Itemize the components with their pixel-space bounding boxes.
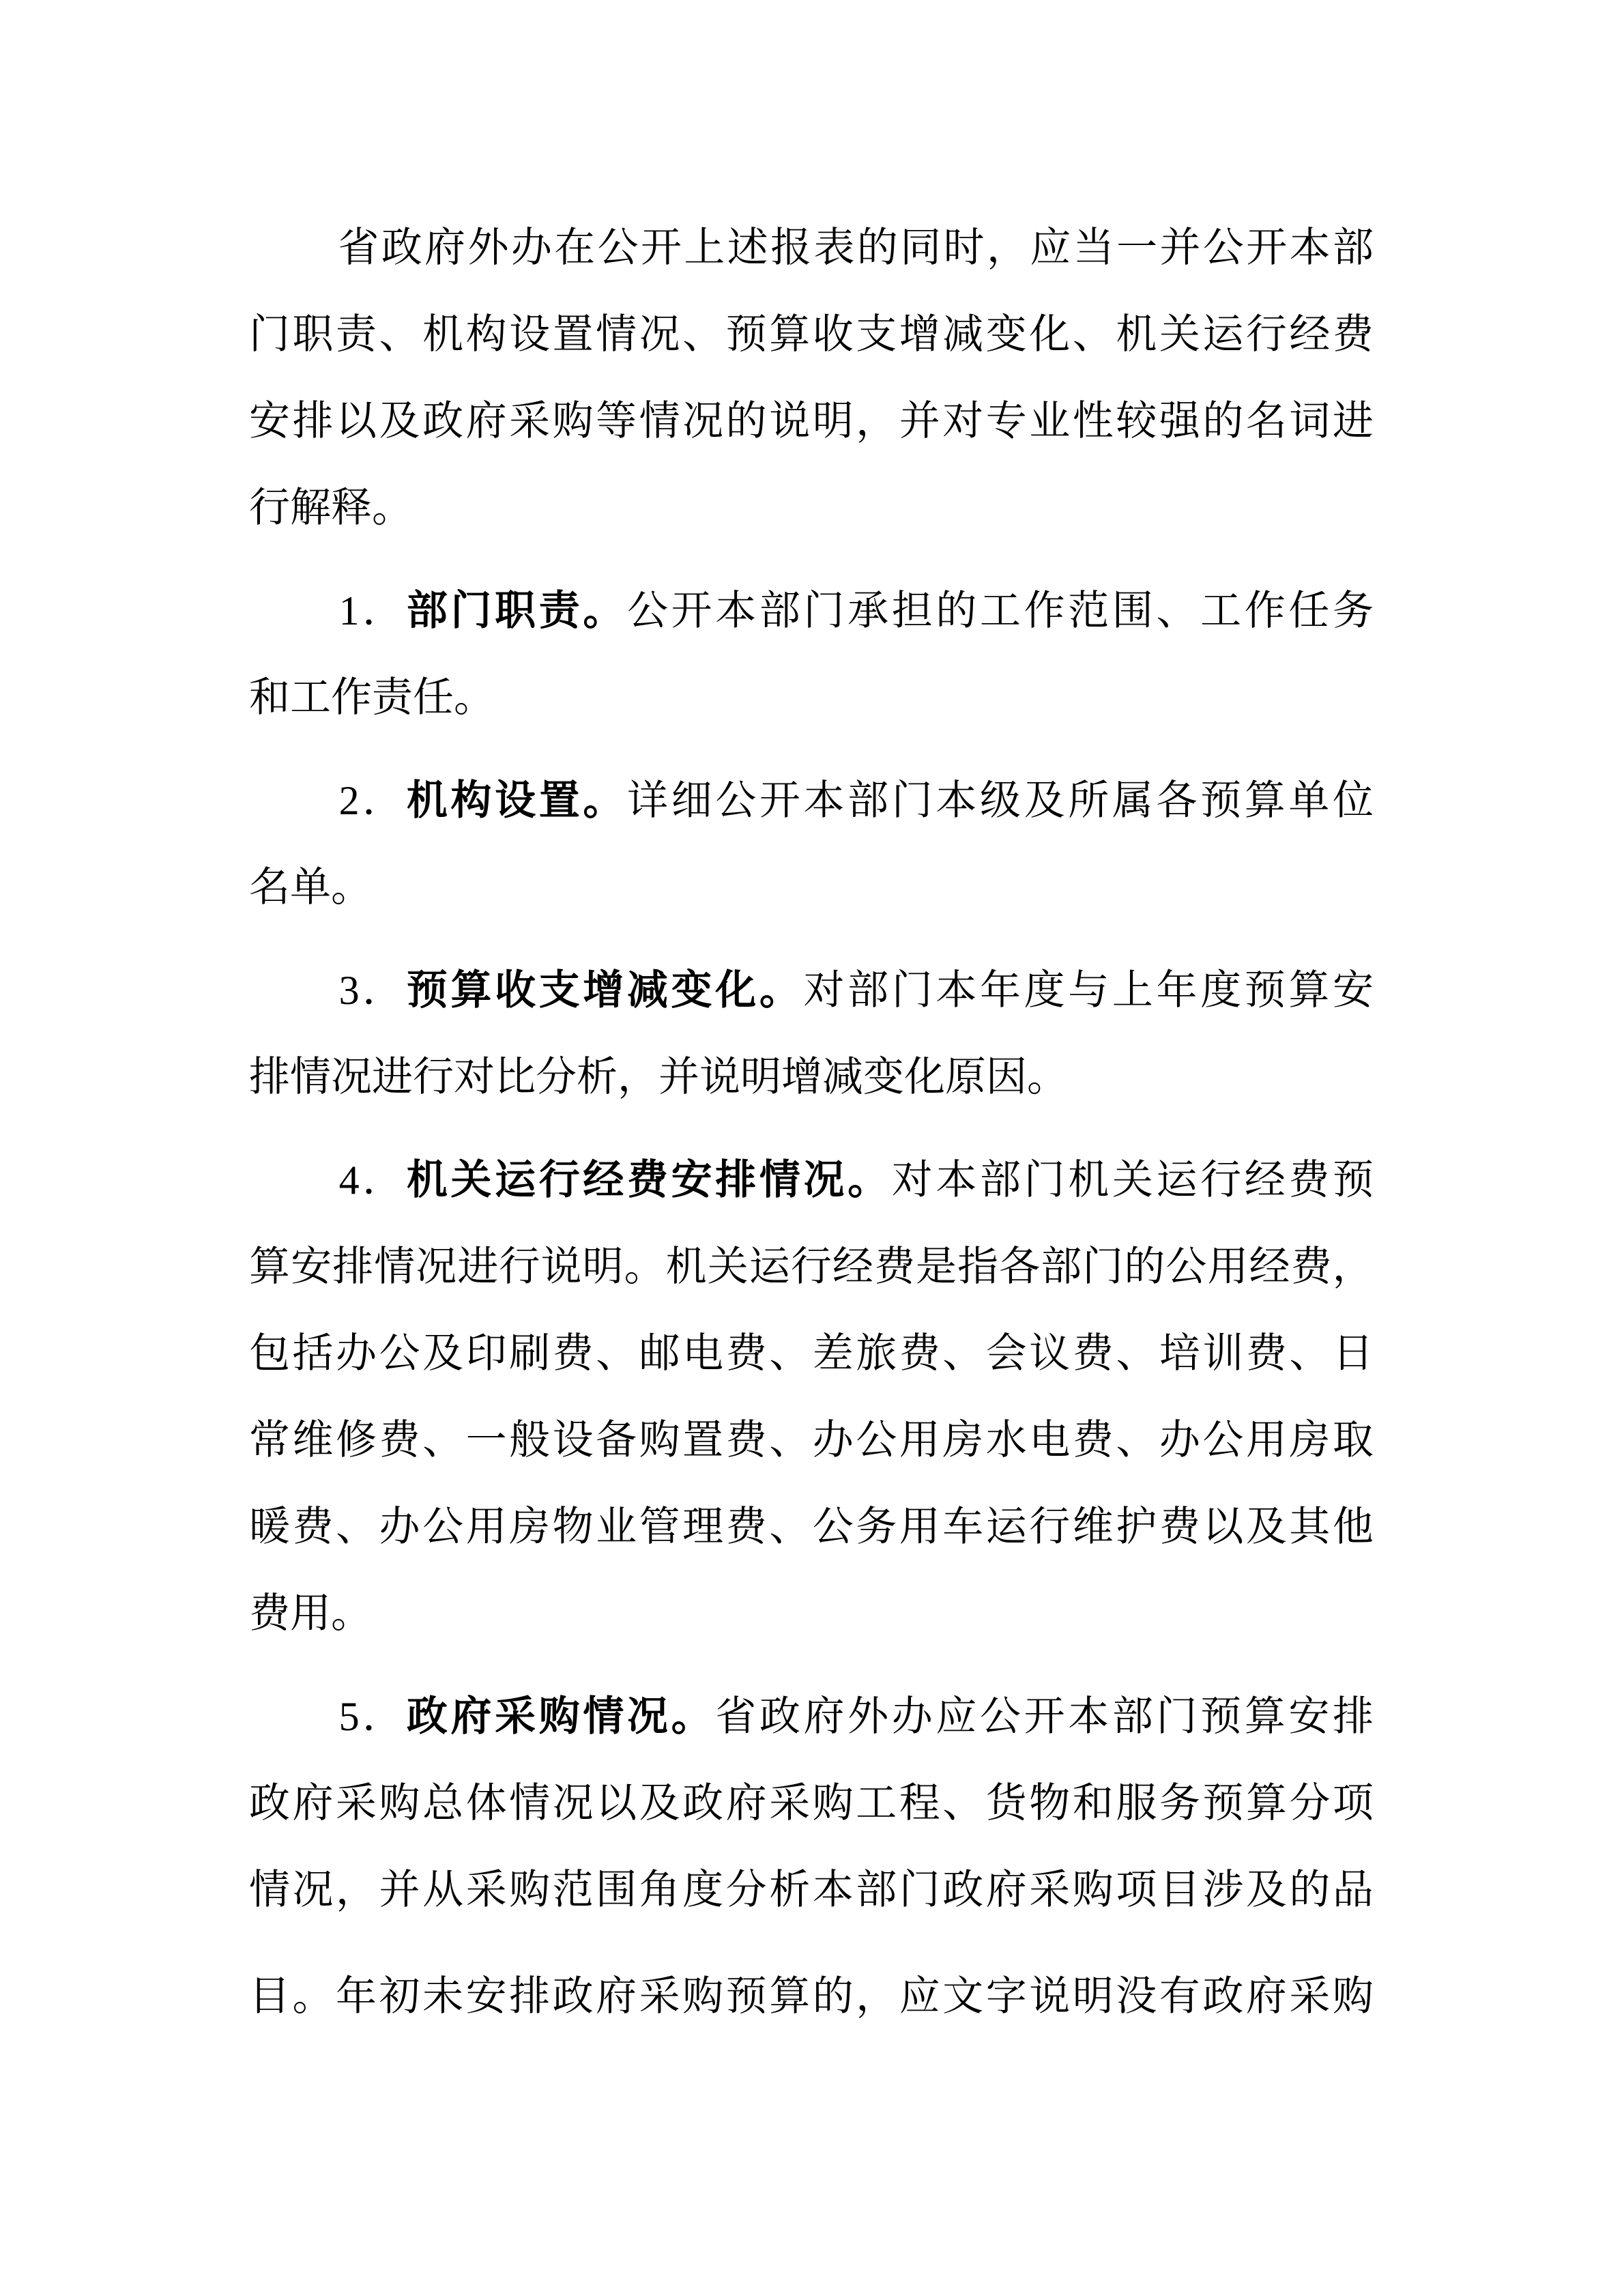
body-text-char: 增 — [899, 291, 940, 378]
text-line: 常维修费、一般设备购置费、办公用房水电费、办公用房取 — [249, 1397, 1374, 1484]
item-number-char: ． — [362, 568, 403, 655]
item-number-char: 2 — [339, 758, 360, 844]
body-text-char: 体 — [466, 1760, 507, 1847]
body-text-char: 详 — [627, 758, 668, 844]
body-text-char: 车 — [942, 1484, 983, 1570]
body-text-char: 的 — [1289, 1847, 1330, 1934]
body-text-char: 用 — [290, 1570, 331, 1657]
body-text-char: 经 — [1249, 1224, 1290, 1310]
body-text-char: 费 — [293, 1484, 334, 1570]
body-text-char: 的 — [1124, 1224, 1165, 1310]
body-text-char: 作 — [1024, 568, 1065, 655]
body-text-char: 经 — [1289, 291, 1330, 378]
body-text-char: 般 — [509, 1397, 550, 1484]
paragraph-item-4: 4．机关运行经费安排情况。对本部门机关运行经费预算安排情况进行说明。机关运行经费… — [249, 1137, 1374, 1657]
body-text-char: 时 — [944, 205, 985, 291]
body-text-char: 分 — [536, 1034, 577, 1121]
section-heading-char: 机 — [407, 758, 448, 844]
body-text-char: 部 — [1333, 205, 1374, 291]
body-text-char: 电 — [682, 1310, 723, 1397]
body-text-char: 政 — [759, 1674, 800, 1760]
body-text-char: 位 — [1333, 758, 1374, 844]
body-text-char: 并 — [658, 1034, 699, 1121]
body-text-char: 费 — [379, 1397, 420, 1484]
body-text-char: 维 — [1073, 1484, 1114, 1570]
body-text-char: 级 — [980, 758, 1021, 844]
body-text-char: 围 — [1112, 568, 1153, 655]
body-text-char: 府 — [986, 1847, 1027, 1934]
body-text-char: 刷 — [509, 1310, 550, 1397]
body-text-char: 排 — [509, 1953, 550, 2040]
body-text-char: 任 — [1288, 568, 1329, 655]
body-text-char: 况 — [331, 1034, 372, 1121]
text-line: 安排以及政府采购等情况的说明，并对专业性较强的名词进 — [249, 378, 1374, 465]
section-heading-char: 政 — [407, 1674, 448, 1760]
body-text-char: 本 — [813, 1847, 854, 1934]
body-text-char: 强 — [1159, 378, 1200, 465]
body-text-char: 在 — [554, 205, 595, 291]
body-text-char: 开 — [671, 568, 712, 655]
body-text-char: 预 — [726, 1953, 767, 2040]
body-text-char: 排 — [293, 378, 334, 465]
body-text-char: 以 — [596, 1760, 637, 1847]
body-text-char: 公 — [598, 205, 639, 291]
body-text-char: 门 — [1024, 1137, 1065, 1224]
body-text-char: 应 — [1030, 205, 1071, 291]
body-text-char: 。 — [1027, 1034, 1068, 1121]
body-text-char: 并 — [379, 1847, 420, 1934]
body-text-char: 况 — [682, 378, 723, 465]
body-text-char: 维 — [293, 1397, 334, 1484]
section-heading-char: 化 — [715, 947, 756, 1034]
body-text-char: 解 — [290, 465, 331, 551]
body-text-char: 门 — [1082, 1224, 1123, 1310]
body-text-char: 费 — [874, 1224, 915, 1310]
body-text-char: 开 — [1024, 1674, 1065, 1760]
body-text-char: 部 — [1112, 1674, 1153, 1760]
body-text-char: 邮 — [639, 1310, 680, 1397]
text-line: 4．机关运行经费安排情况。对本部门机关运行经费预 — [249, 1137, 1374, 1224]
body-text-char: 设 — [553, 1397, 594, 1484]
body-text-char: 原 — [945, 1034, 986, 1121]
body-text-char: 变 — [986, 291, 1027, 378]
body-text-char: 安 — [1288, 1674, 1329, 1760]
body-text-char: 安 — [249, 378, 290, 465]
body-text-char: 围 — [596, 1847, 637, 1934]
body-text-char: 、 — [1289, 1310, 1330, 1397]
section-heading-char: 算 — [451, 947, 492, 1034]
body-text-char: 办 — [511, 205, 552, 291]
body-text-char: 业 — [1029, 378, 1070, 465]
body-text-char: 服 — [1116, 1760, 1157, 1847]
body-text-char: 的 — [936, 568, 976, 655]
text-line: 目。年初未安排政府采购预算的，应文字说明没有政府采购 — [249, 1953, 1374, 2040]
body-text-char: 情 — [249, 1847, 290, 1934]
body-text-char: 情 — [596, 291, 637, 378]
body-text-char: 较 — [1116, 378, 1157, 465]
body-text-char: 物 — [553, 1484, 594, 1570]
body-text-char: 印 — [466, 1310, 507, 1397]
body-text-char: 置 — [553, 291, 594, 378]
section-heading-char: 情 — [583, 1674, 624, 1760]
body-text-char: 经 — [1245, 1137, 1286, 1224]
body-text-char: 本 — [715, 568, 756, 655]
body-text-char: 政 — [381, 205, 422, 291]
body-text-char: 置 — [682, 1397, 723, 1484]
body-text-char: 公 — [1202, 1397, 1243, 1484]
text-line: 名单。 — [249, 844, 1374, 931]
body-text-char: 及 — [1246, 1847, 1287, 1934]
body-text-char: 明 — [740, 1034, 781, 1121]
body-text-char: 备 — [596, 1397, 637, 1484]
body-text-char: 费 — [726, 1397, 767, 1484]
body-text-char: 采 — [466, 1847, 507, 1934]
body-text-char: 说 — [540, 1224, 581, 1310]
body-text-char: 购 — [1333, 1953, 1374, 2040]
body-text-char: 化 — [904, 1034, 945, 1121]
document-page: 省政府外办在公开上述报表的同时，应当一并公开本部门职责、机构设置情况、预算收支增… — [0, 0, 1624, 2296]
body-text-char: 、 — [769, 1310, 810, 1397]
body-text-char: 日 — [1333, 1310, 1374, 1397]
text-line: 排情况进行对比分析，并说明增减变化原因。 — [249, 1034, 1374, 1121]
text-line: 3．预算收支增减变化。对部门本年度与上年度预算安 — [249, 947, 1374, 1034]
body-text-char: 办 — [379, 1484, 420, 1570]
body-text-char: 工 — [290, 655, 331, 741]
body-text-char: 减 — [822, 1034, 863, 1121]
body-text-char: 性 — [1073, 378, 1114, 465]
section-heading-char: 变 — [671, 947, 712, 1034]
body-text-char: 常 — [249, 1397, 290, 1484]
body-text-char: ， — [987, 205, 1028, 291]
body-text-char: 水 — [986, 1397, 1027, 1484]
body-text-char: 本 — [936, 1137, 976, 1224]
section-heading-char: 。 — [583, 758, 624, 844]
body-text-char: 况 — [416, 1224, 456, 1310]
body-text-char: 的 — [1202, 378, 1243, 465]
body-text-char: 房 — [1289, 1397, 1330, 1484]
body-text-char: 单 — [1288, 758, 1329, 844]
body-text-char: 购 — [813, 1760, 854, 1847]
text-line: 5．政府采购情况。省政府外办应公开本部门预算安排 — [249, 1674, 1374, 1760]
body-text-char: 差 — [813, 1310, 854, 1397]
body-text-char: 目 — [1159, 1847, 1200, 1934]
body-text-char: 费 — [726, 1484, 767, 1570]
body-text-char: 名 — [1246, 378, 1287, 465]
body-text-char: 务 — [1159, 1760, 1200, 1847]
body-text-char: 明 — [813, 378, 854, 465]
body-text-char: 政 — [1202, 1953, 1243, 2040]
first-line-indent — [249, 1003, 336, 1004]
body-text-char: 外 — [468, 205, 509, 291]
body-text-char: 报 — [770, 205, 811, 291]
body-text-char: 况 — [553, 1760, 594, 1847]
section-heading-char: 部 — [407, 568, 448, 655]
body-text-char: 并 — [899, 378, 940, 465]
body-text-char: 费 — [1073, 1397, 1114, 1484]
body-text-char: 本 — [1068, 1674, 1109, 1760]
body-text-char: 公 — [980, 1674, 1021, 1760]
body-text-char: 务 — [856, 1484, 897, 1570]
body-text-char: 办 — [1159, 1397, 1200, 1484]
body-text-char: 部 — [759, 568, 800, 655]
body-text-char: 用 — [466, 1484, 507, 1570]
body-text-char: 因 — [986, 1034, 1027, 1121]
body-text-char: ， — [618, 1034, 658, 1121]
body-text-char: 机 — [422, 291, 463, 378]
body-text-char: 开 — [759, 758, 800, 844]
section-heading-char: 置 — [539, 758, 580, 844]
body-text-char: 的 — [857, 205, 898, 291]
body-text-char: 排 — [1333, 1674, 1374, 1760]
body-text-char: 运 — [1157, 1137, 1198, 1224]
body-text-char: 上 — [684, 205, 725, 291]
body-text-char: 培 — [1159, 1310, 1200, 1397]
body-text-char: 各 — [999, 1224, 1040, 1310]
body-text-char: 采 — [1029, 1847, 1070, 1934]
body-text-char: 购 — [639, 1397, 680, 1484]
body-text-char: 行 — [1029, 1484, 1070, 1570]
body-text-char: 分 — [726, 1847, 767, 1934]
body-text-char: 务 — [1333, 568, 1374, 655]
item-number-char: 5 — [339, 1674, 360, 1760]
body-text-char: 府 — [596, 1953, 637, 2040]
body-text-char: 办 — [813, 1397, 854, 1484]
body-text-char: 对 — [892, 1137, 933, 1224]
body-text-char: 、 — [1157, 568, 1198, 655]
body-text-char: 购 — [553, 378, 594, 465]
body-text-char: 析 — [577, 1034, 618, 1121]
body-text-char: 预 — [1202, 1760, 1243, 1847]
body-text-char: 府 — [804, 1674, 845, 1760]
body-text-char: 明 — [1073, 1953, 1114, 2040]
body-text-char: 年 — [1157, 947, 1198, 1034]
body-text-char: 安 — [1333, 947, 1374, 1034]
body-text-char: 预 — [726, 291, 767, 378]
body-text-char: 排 — [249, 1034, 290, 1121]
body-text-char: 目 — [249, 1953, 290, 2040]
body-text-char: 费 — [1073, 1310, 1114, 1397]
body-text-char: 修 — [336, 1397, 377, 1484]
body-text-char: 、 — [1073, 291, 1114, 378]
body-text-char: ， — [1333, 1224, 1374, 1310]
body-text-char: 费 — [553, 1310, 594, 1397]
body-text-char: 政 — [553, 1953, 594, 2040]
body-text-char: 述 — [727, 205, 768, 291]
body-text-char: 经 — [832, 1224, 873, 1310]
body-text-char: 部 — [856, 1847, 897, 1934]
body-text-char: 关 — [1112, 1137, 1153, 1224]
body-text-char: 增 — [781, 1034, 822, 1121]
text-line: 行解释。 — [249, 465, 1374, 551]
body-text-char: 费 — [1246, 1310, 1287, 1397]
body-text-char: 行 — [1200, 1137, 1241, 1224]
body-text-char: 及 — [379, 378, 420, 465]
body-text-char: 当 — [1073, 205, 1114, 291]
body-text-char: 公 — [1203, 205, 1244, 291]
body-text-char: 门 — [892, 947, 933, 1034]
body-text-char: 货 — [986, 1760, 1027, 1847]
item-number-char: 3 — [339, 947, 360, 1034]
body-text-char: 以 — [1202, 1484, 1243, 1570]
body-text-char: 表 — [814, 205, 855, 291]
body-text-char: 对 — [942, 378, 983, 465]
body-text-char: 部 — [1041, 1224, 1082, 1310]
body-text-char: 、 — [769, 1397, 810, 1484]
body-text-char: 算 — [1245, 1674, 1286, 1760]
body-text-char: 况 — [293, 1847, 334, 1934]
first-line-indent — [249, 1730, 336, 1730]
body-text-char: 公 — [1165, 1224, 1206, 1310]
body-text-char: 行 — [791, 1224, 832, 1310]
body-text-char: 情 — [639, 378, 680, 465]
body-text-char: 年 — [336, 1953, 377, 2040]
body-text-char: 用 — [899, 1397, 940, 1484]
text-line: 门职责、机构设置情况、预算收支增减变化、机关运行经费 — [249, 291, 1374, 378]
text-line: 费用。 — [249, 1570, 1374, 1657]
body-text-char: 门 — [892, 758, 933, 844]
body-text-char: 府 — [424, 205, 465, 291]
body-text-char: 指 — [957, 1224, 998, 1310]
body-text-char: 费 — [249, 1570, 290, 1657]
body-text-char: 旅 — [856, 1310, 897, 1397]
body-text-char: 机 — [1068, 1137, 1109, 1224]
body-text-char: 、 — [422, 1397, 463, 1484]
body-text-char: 项 — [1116, 1847, 1157, 1934]
body-text-char: 公 — [379, 1310, 420, 1397]
body-text-char: 购 — [1073, 1847, 1114, 1934]
body-text-char: 文 — [942, 1953, 983, 2040]
section-heading-char: 。 — [847, 1137, 888, 1224]
body-text-char: 角 — [639, 1847, 680, 1934]
body-text-char: 析 — [769, 1847, 810, 1934]
first-line-indent — [249, 261, 336, 261]
section-heading-char: 排 — [715, 1137, 756, 1224]
section-heading-char: 构 — [451, 758, 492, 844]
body-text-char: 度 — [1200, 947, 1241, 1034]
body-text-char: 情 — [290, 1034, 331, 1121]
body-text-char: 算 — [249, 1224, 290, 1310]
body-text-char: 一 — [466, 1397, 507, 1484]
body-text-char: 关 — [1159, 291, 1200, 378]
body-text-char: 属 — [1112, 758, 1153, 844]
body-text-char: 一 — [1116, 205, 1157, 291]
body-text-char: 排 — [332, 1224, 373, 1310]
body-text-char: 上 — [1112, 947, 1153, 1034]
body-text-char: 采 — [1289, 1953, 1330, 2040]
body-text-char: 各 — [1157, 758, 1198, 844]
body-text-char: 安 — [291, 1224, 332, 1310]
first-line-indent — [249, 814, 336, 814]
body-text-char: 开 — [641, 205, 682, 291]
body-text-char: 品 — [1333, 1847, 1374, 1934]
body-text-char: 情 — [374, 1224, 415, 1310]
body-text-char: 政 — [422, 378, 463, 465]
body-text-char: 专 — [986, 378, 1027, 465]
section-heading-char: 设 — [495, 758, 536, 844]
body-text-char: 职 — [293, 291, 334, 378]
body-text-char: 理 — [682, 1484, 723, 1570]
body-text-char: 府 — [466, 378, 507, 465]
section-heading-char: 机 — [407, 1137, 448, 1224]
body-text-char: 任 — [413, 655, 454, 741]
first-line-indent — [249, 1193, 336, 1194]
body-text-char: 进 — [372, 1034, 413, 1121]
section-heading-char: 。 — [671, 1674, 712, 1760]
body-text-char: 运 — [749, 1224, 790, 1310]
body-text-char: 进 — [1333, 378, 1374, 465]
section-heading-char: 费 — [627, 1137, 668, 1224]
body-text-char: ， — [336, 1847, 377, 1934]
item-number-char: 4 — [339, 1137, 360, 1224]
section-heading-char: 情 — [759, 1137, 800, 1224]
body-text-char: 初 — [379, 1953, 420, 2040]
body-text-char: 的 — [726, 378, 767, 465]
body-text-char: 取 — [1333, 1397, 1374, 1484]
body-text-char: 用 — [1207, 1224, 1248, 1310]
body-text-char: 本 — [936, 758, 976, 844]
body-text-char: 政 — [942, 1847, 983, 1934]
body-text-char: 比 — [495, 1034, 536, 1121]
section-heading-char: 预 — [407, 947, 448, 1034]
body-text-char: 省 — [715, 1674, 756, 1760]
body-text-char: 设 — [509, 291, 550, 378]
body-text-char: 、 — [336, 1484, 377, 1570]
body-text-char: 用 — [1246, 1397, 1287, 1484]
text-line: 包括办公及印刷费、邮电费、差旅费、会议费、培训费、日 — [249, 1310, 1374, 1397]
body-text-char: 算 — [769, 291, 810, 378]
paragraph-item-3: 3．预算收支增减变化。对部门本年度与上年度预算安排情况进行对比分析，并说明增减变… — [249, 947, 1374, 1121]
body-text-char: 算 — [1288, 947, 1329, 1034]
body-text-char: 预 — [1200, 758, 1241, 844]
body-text-char: 减 — [942, 291, 983, 378]
section-heading-char: 关 — [451, 1137, 492, 1224]
body-text-char: 采 — [769, 1760, 810, 1847]
body-text-char: 公 — [856, 1397, 897, 1484]
item-number-char: ． — [362, 1674, 403, 1760]
section-heading-char: 购 — [539, 1674, 580, 1760]
body-text-char: 责 — [336, 291, 377, 378]
body-text-char: 、 — [596, 1310, 637, 1397]
body-text-char: 机 — [1116, 291, 1157, 378]
body-text-char: 细 — [671, 758, 712, 844]
body-text-char: 名 — [249, 844, 290, 931]
body-text-char: 政 — [249, 1760, 290, 1847]
body-text-char: 。 — [454, 655, 495, 741]
body-text-char: 与 — [1068, 947, 1109, 1034]
body-text-char: 及 — [422, 1310, 463, 1397]
body-text-char: 和 — [249, 655, 290, 741]
body-text-char: 应 — [899, 1953, 940, 2040]
body-text-char: 费 — [726, 1310, 767, 1397]
body-text-char: 预 — [1245, 947, 1286, 1034]
body-text-char: 费 — [899, 1310, 940, 1397]
body-text-char: 门 — [899, 1847, 940, 1934]
body-text-char: 行 — [413, 1034, 454, 1121]
body-text-char: 外 — [847, 1674, 888, 1760]
body-text-char: 部 — [980, 1137, 1021, 1224]
body-text-char: 。 — [331, 1570, 372, 1657]
text-line: 算安排情况进行说明。机关运行经费是指各部门的公用经费， — [249, 1224, 1374, 1310]
section-heading-char: 。 — [759, 947, 800, 1034]
body-text-char: 省 — [338, 205, 379, 291]
body-text-char: 、 — [942, 1760, 983, 1847]
item-number-char: ． — [362, 947, 403, 1034]
body-text-char: 构 — [466, 291, 507, 378]
body-text-char: 算 — [1246, 1760, 1287, 1847]
body-text-char: 开 — [1246, 205, 1287, 291]
body-text-char: 范 — [553, 1847, 594, 1934]
body-text-char: 明 — [583, 1224, 624, 1310]
